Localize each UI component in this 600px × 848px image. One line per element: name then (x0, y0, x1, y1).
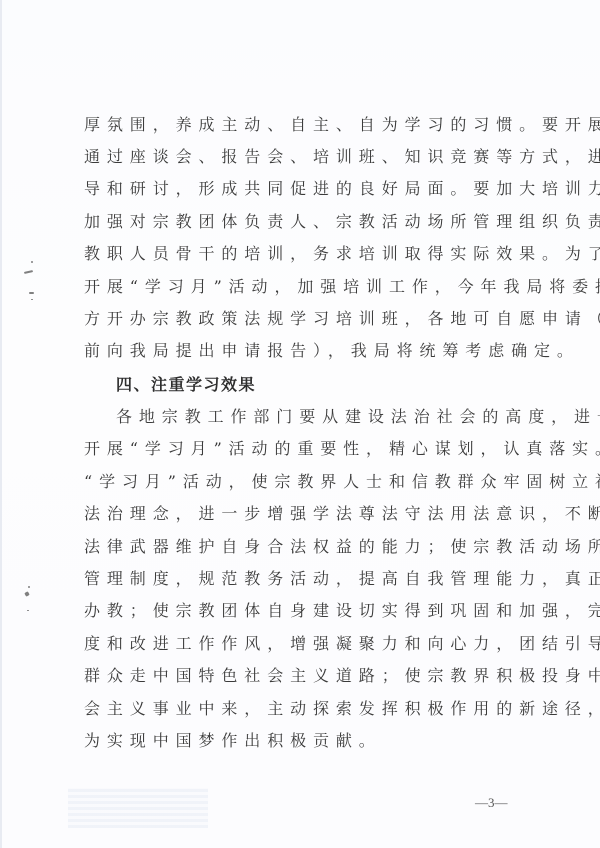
scan-speck (24, 591, 29, 596)
scan-speck (31, 261, 33, 263)
text-line: 度和改进工作作风，增强凝聚力和向心力，团结引导广大信教 (84, 632, 534, 656)
text-line: 会主义事业中来，主动探索发挥积极作用的新途径，更加自觉 (84, 697, 534, 721)
section-heading: 四、注重学习效果 (116, 373, 566, 397)
scan-speck (29, 292, 34, 294)
text-line: 教职人员骨干的培训，务求培训取得实际效果。为了支持各地 (84, 242, 534, 266)
scan-speck (24, 270, 33, 274)
text-line: “学习月”活动，使宗教界人士和信教群众牢固树立社会主义 (84, 470, 534, 494)
text-line: 前向我局提出申请报告），我局将统筹考虑确定。 (84, 339, 534, 363)
text-line: 开展“学习月”活动的重要性，精心谋划，认真落实。要通过 (84, 437, 534, 461)
text-line: 法治理念，进一步增强学法尊法守法用法意识，不断提高运用 (84, 502, 534, 526)
text-line: 开展“学习月”活动，加强培训工作，今年我局将委托部分地 (84, 275, 534, 299)
document-page: 厚氛围，养成主动、自主、自为学习的习惯。要开展集体学习， 通过座谈会、报告会、培… (0, 0, 600, 848)
scan-edge (0, 0, 2, 848)
text-line: 办教；使宗教团体自身建设切实得到巩固和加强，完善规章制 (84, 599, 534, 623)
scan-bleed-through (68, 788, 208, 828)
text-line: 各地宗教工作部门要从建设法治社会的高度，进一步认识 (116, 405, 566, 429)
text-line: 法律武器维护自身合法权益的能力；使宗教活动场所落实各项 (84, 535, 534, 559)
text-line: 加强对宗教团体负责人、宗教活动场所管理组织负责人、宗教 (84, 210, 534, 234)
text-line: 管理制度，规范教务活动，提高自我管理能力，真正实行民主 (84, 567, 534, 591)
text-line: 方开办宗教政策法规学习培训班，各地可自愿申请（4 月 28 日 (84, 307, 534, 331)
text-line: 通过座谈会、报告会、培训班、知识竞赛等方式，进行集体辅 (84, 145, 534, 169)
page-number: —3— (475, 795, 508, 811)
text-line: 厚氛围，养成主动、自主、自为学习的习惯。要开展集体学习， (84, 113, 534, 137)
text-line: 群众走中国特色社会主义道路；使宗教界积极投身中国特色社 (84, 664, 534, 688)
scan-speck (28, 586, 30, 588)
scan-speck (27, 610, 29, 611)
text-line: 导和研讨，形成共同促进的良好局面。要加大培训力度，重点 (84, 177, 534, 201)
scan-speck (31, 299, 33, 300)
text-line: 为实现中国梦作出积极贡献。 (84, 729, 534, 753)
